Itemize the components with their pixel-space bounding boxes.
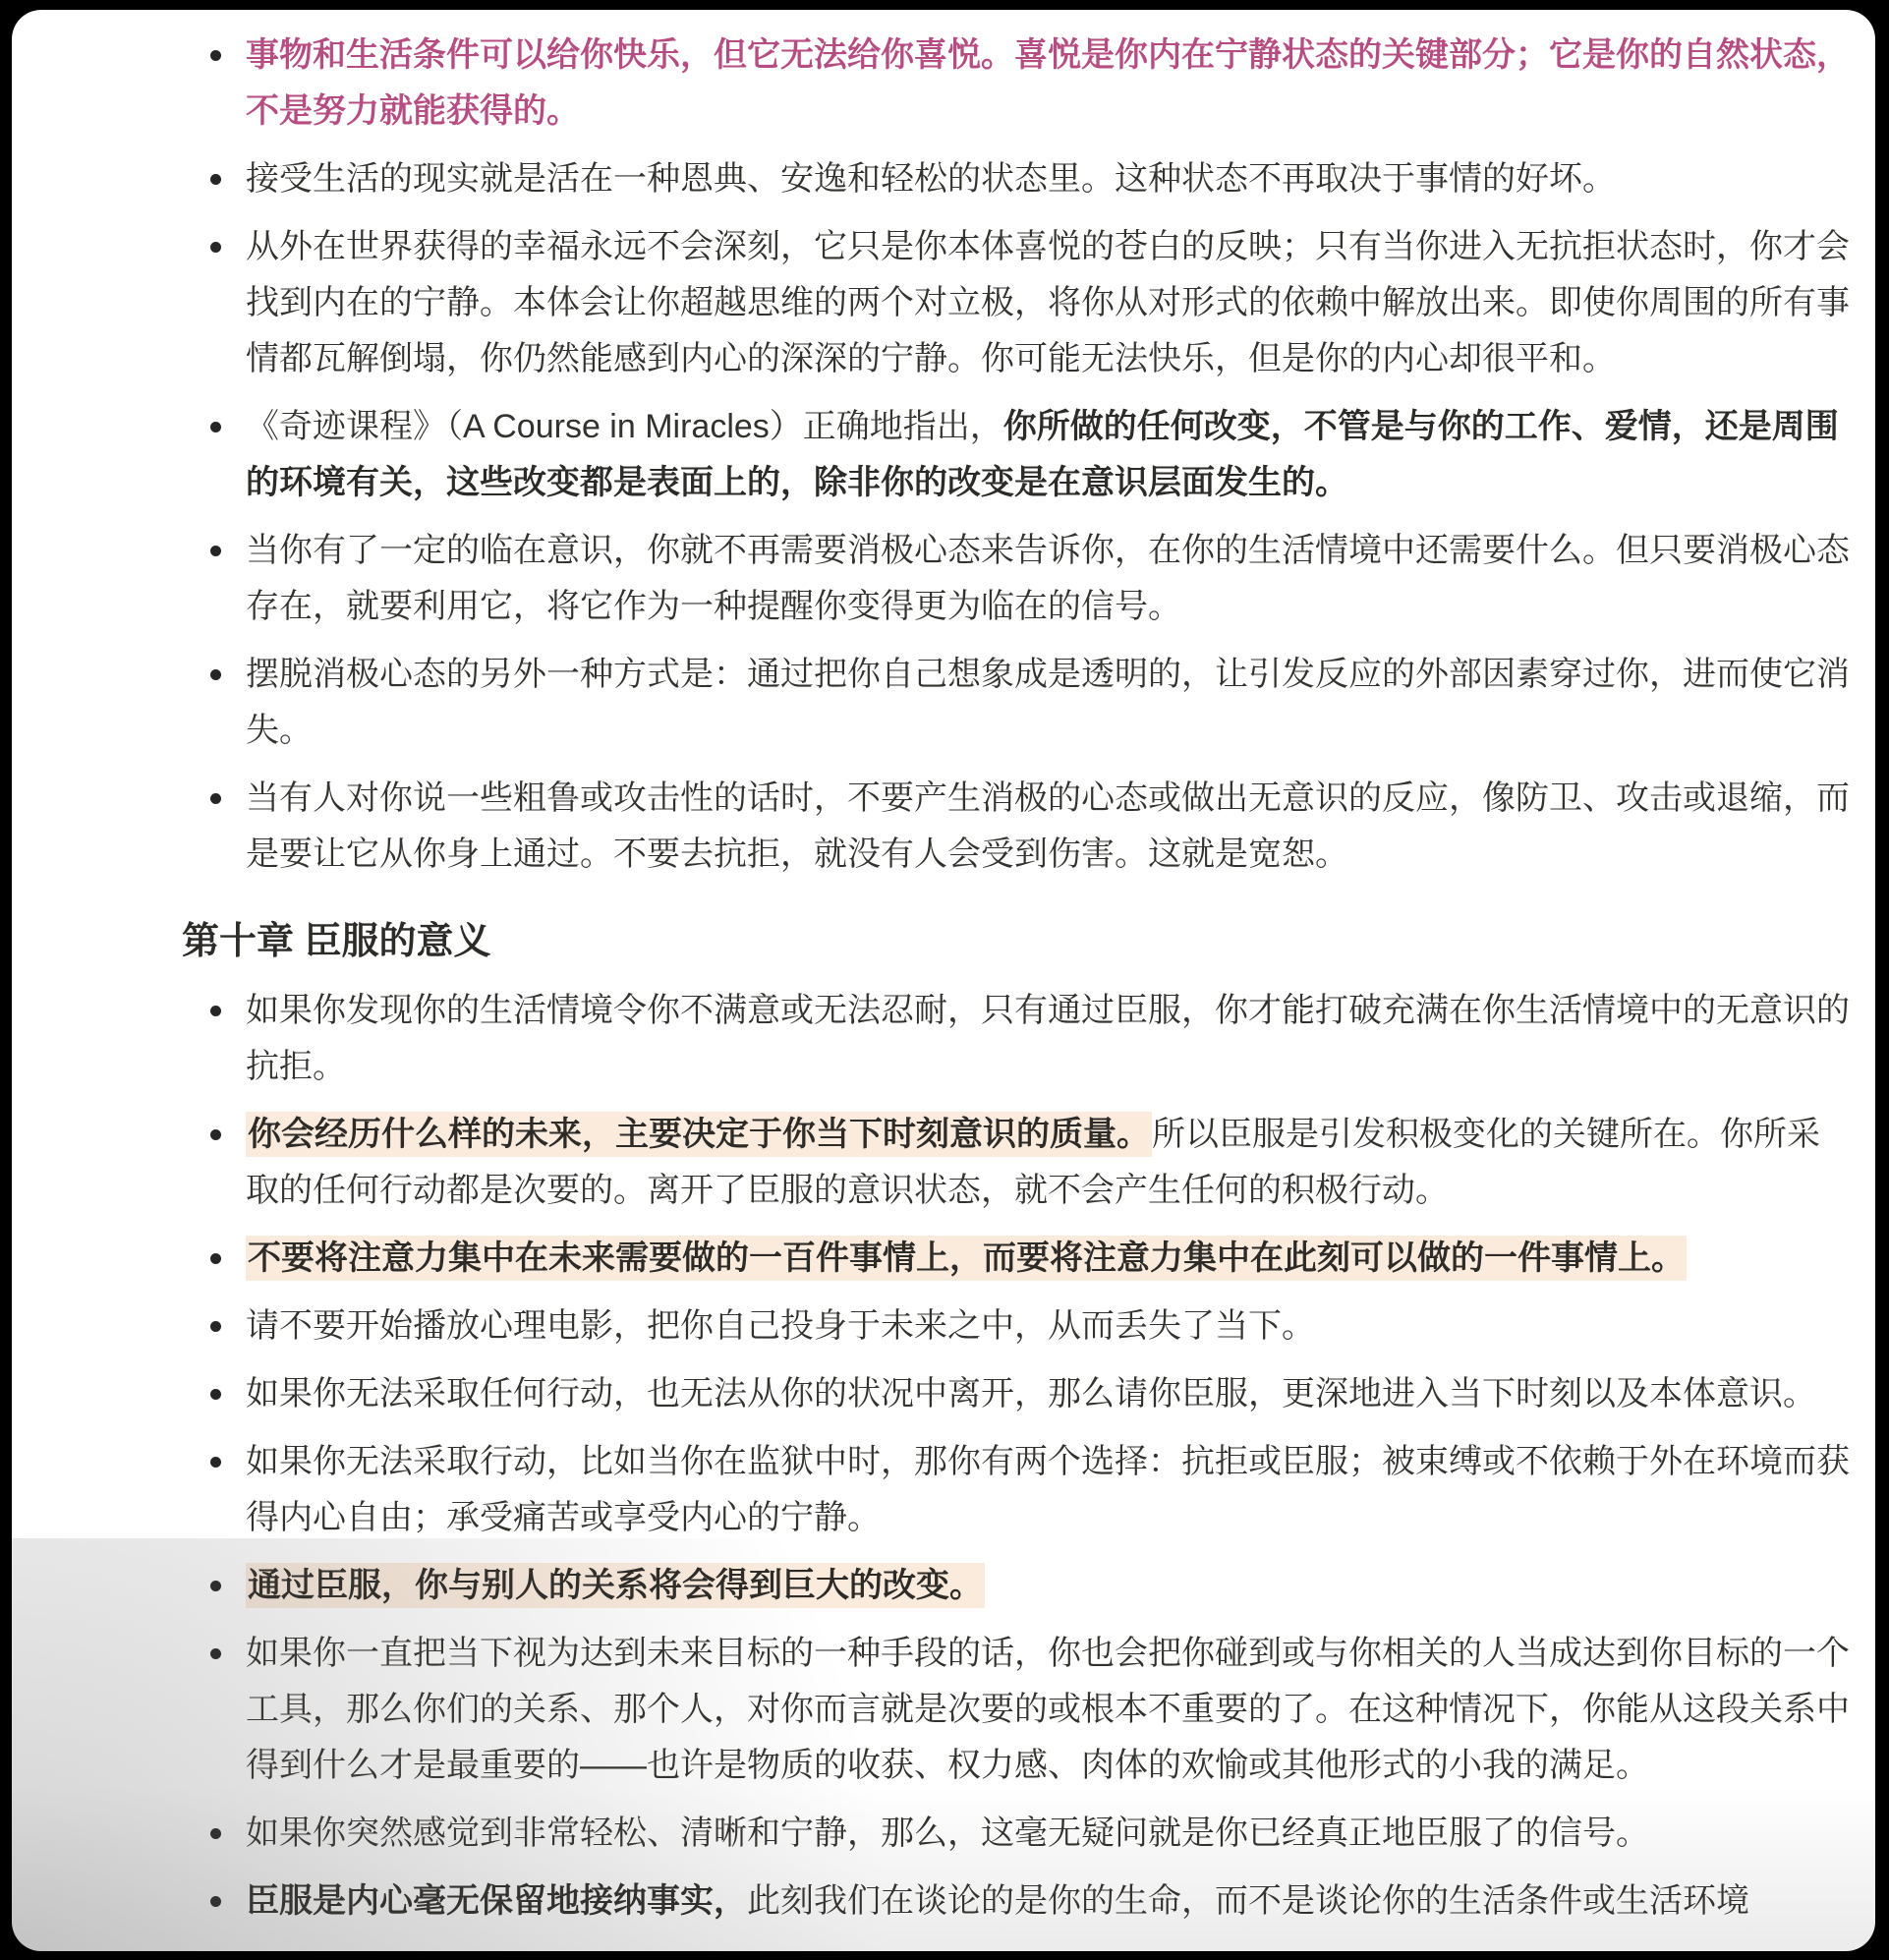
list-item: 接受生活的现实就是活在一种恩典、安逸和轻松的状态里。这种状态不再取决于事情的好坏… [182, 151, 1850, 207]
list-item: 摆脱消极心态的另外一种方式是：通过把你自己想象成是透明的，让引发反应的外部因素穿… [182, 647, 1850, 759]
text-segment: 如果你发现你的生活情境令你不满意或无法忍耐，只有通过臣服，你才能打破充满在你生活… [246, 992, 1850, 1085]
list-item: 你会经历什么样的未来，主要决定于你当下时刻意识的质量。所以臣服是引发积极变化的关… [182, 1107, 1850, 1219]
list-item: 事物和生活条件可以给你快乐，但它无法给你喜悦。喜悦是你内在宁静状态的关键部分；它… [182, 28, 1850, 140]
list-item: 从外在世界获得的幸福永远不会深刻，它只是你本体喜悦的苍白的反映；只有当你进入无抗… [182, 219, 1850, 387]
list-item: 臣服是内心毫无保留地接纳事实，此刻我们在谈论的是你的生命，而不是谈论你的生活条件… [182, 1874, 1850, 1930]
bullet-icon [210, 1457, 221, 1468]
text-segment: 《奇迹课程》（A Course in Miracles）正确地指出， [246, 408, 1003, 445]
text-segment: 如果你一直把当下视为达到未来目标的一种手段的话，你也会把你碰到或与你相关的人当成… [246, 1635, 1850, 1784]
section-heading: 第十章 臣服的意义 [182, 916, 1850, 967]
bullet-icon [210, 1006, 221, 1016]
bullet-icon [210, 1321, 221, 1332]
text-segment: 摆脱消极心态的另外一种方式是：通过把你自己想象成是透明的，让引发反应的外部因素穿… [246, 656, 1850, 749]
bullet-icon [210, 50, 221, 61]
list-item: 当你有了一定的临在意识，你就不再需要消极心态来告诉你，在你的生活情境中还需要什么… [182, 523, 1850, 635]
bullet-icon [210, 669, 221, 680]
text-segment: 如果你无法采取行动，比如当你在监狱中时，那你有两个选择：抗拒或臣服；被束缚或不依… [246, 1443, 1850, 1536]
list-item: 如果你发现你的生活情境令你不满意或无法忍耐，只有通过臣服，你才能打破充满在你生活… [182, 983, 1850, 1095]
bullet-icon [210, 242, 221, 253]
bullet-icon [210, 1828, 221, 1839]
list-item: 《奇迹课程》（A Course in Miracles）正确地指出，你所做的任何… [182, 399, 1850, 511]
bullet-icon [210, 1253, 221, 1264]
text-segment: 请不要开始播放心理电影，把你自己投身于未来之中，从而丢失了当下。 [246, 1307, 1315, 1345]
bullet-icon [210, 174, 221, 185]
bullet-icon [210, 546, 221, 556]
text-segment: 此刻我们在谈论的是你的生命，而不是谈论你的生活条件或生活环境 [747, 1882, 1749, 1920]
text-segment: 如果你突然感觉到非常轻松、清晰和宁静，那么，这毫无疑问就是你已经真正地臣服了的信… [246, 1815, 1649, 1852]
text-segment: 不要将注意力集中在未来需要做的一百件事情上，而要将注意力集中在此刻可以做的一件事… [246, 1236, 1687, 1281]
text-segment: 如果你无法采取任何行动，也无法从你的状况中离开，那么请你臣服，更深地进入当下时刻… [246, 1375, 1816, 1412]
list-item: 不要将注意力集中在未来需要做的一百件事情上，而要将注意力集中在此刻可以做的一件事… [182, 1231, 1850, 1287]
bullet-icon [210, 1581, 221, 1591]
text-segment: 当你有了一定的临在意识，你就不再需要消极心态来告诉你，在你的生活情境中还需要什么… [246, 532, 1850, 625]
list-item: 如果你突然感觉到非常轻松、清晰和宁静，那么，这毫无疑问就是你已经真正地臣服了的信… [182, 1806, 1850, 1862]
text-segment: 接受生活的现实就是活在一种恩典、安逸和轻松的状态里。这种状态不再取决于事情的好坏… [246, 160, 1616, 198]
bullet-icon [210, 1896, 221, 1907]
text-segment: 当有人对你说一些粗鲁或攻击性的话时，不要产生消极的心态或做出无意识的反应，像防卫… [246, 779, 1850, 873]
bullet-icon [210, 422, 221, 432]
text-segment: 你会经历什么样的未来，主要决定于你当下时刻意识的质量。 [246, 1112, 1152, 1157]
list-item: 当有人对你说一些粗鲁或攻击性的话时，不要产生消极的心态或做出无意识的反应，像防卫… [182, 771, 1850, 883]
text-segment: 从外在世界获得的幸福永远不会深刻，它只是你本体喜悦的苍白的反映；只有当你进入无抗… [246, 228, 1850, 377]
bullet-icon [210, 1129, 221, 1140]
list-item: 如果你无法采取任何行动，也无法从你的状况中离开，那么请你臣服，更深地进入当下时刻… [182, 1366, 1850, 1422]
bullet-icon [210, 793, 221, 804]
text-segment: 事物和生活条件可以给你快乐，但它无法给你喜悦。喜悦是你内在宁静状态的关键部分；它… [246, 36, 1850, 130]
text-segment: 臣服是内心毫无保留地接纳事实， [246, 1882, 747, 1920]
list-item: 通过臣服，你与别人的关系将会得到巨大的改变。 [182, 1558, 1850, 1614]
list-item: 如果你一直把当下视为达到未来目标的一种手段的话，你也会把你碰到或与你相关的人当成… [182, 1626, 1850, 1794]
screen-background: 事物和生活条件可以给你快乐，但它无法给你喜悦。喜悦是你内在宁静状态的关键部分；它… [0, 0, 1889, 1960]
list-item: 请不要开始播放心理电影，把你自己投身于未来之中，从而丢失了当下。 [182, 1298, 1850, 1355]
document-page: 事物和生活条件可以给你快乐，但它无法给你喜悦。喜悦是你内在宁静状态的关键部分；它… [12, 10, 1875, 1951]
bullet-icon [210, 1648, 221, 1659]
list-item: 如果你无法采取行动，比如当你在监狱中时，那你有两个选择：抗拒或臣服；被束缚或不依… [182, 1434, 1850, 1546]
bullet-icon [210, 1389, 221, 1400]
document-content: 事物和生活条件可以给你快乐，但它无法给你喜悦。喜悦是你内在宁静状态的关键部分；它… [12, 10, 1875, 1930]
text-segment: 通过臣服，你与别人的关系将会得到巨大的改变。 [246, 1563, 985, 1608]
